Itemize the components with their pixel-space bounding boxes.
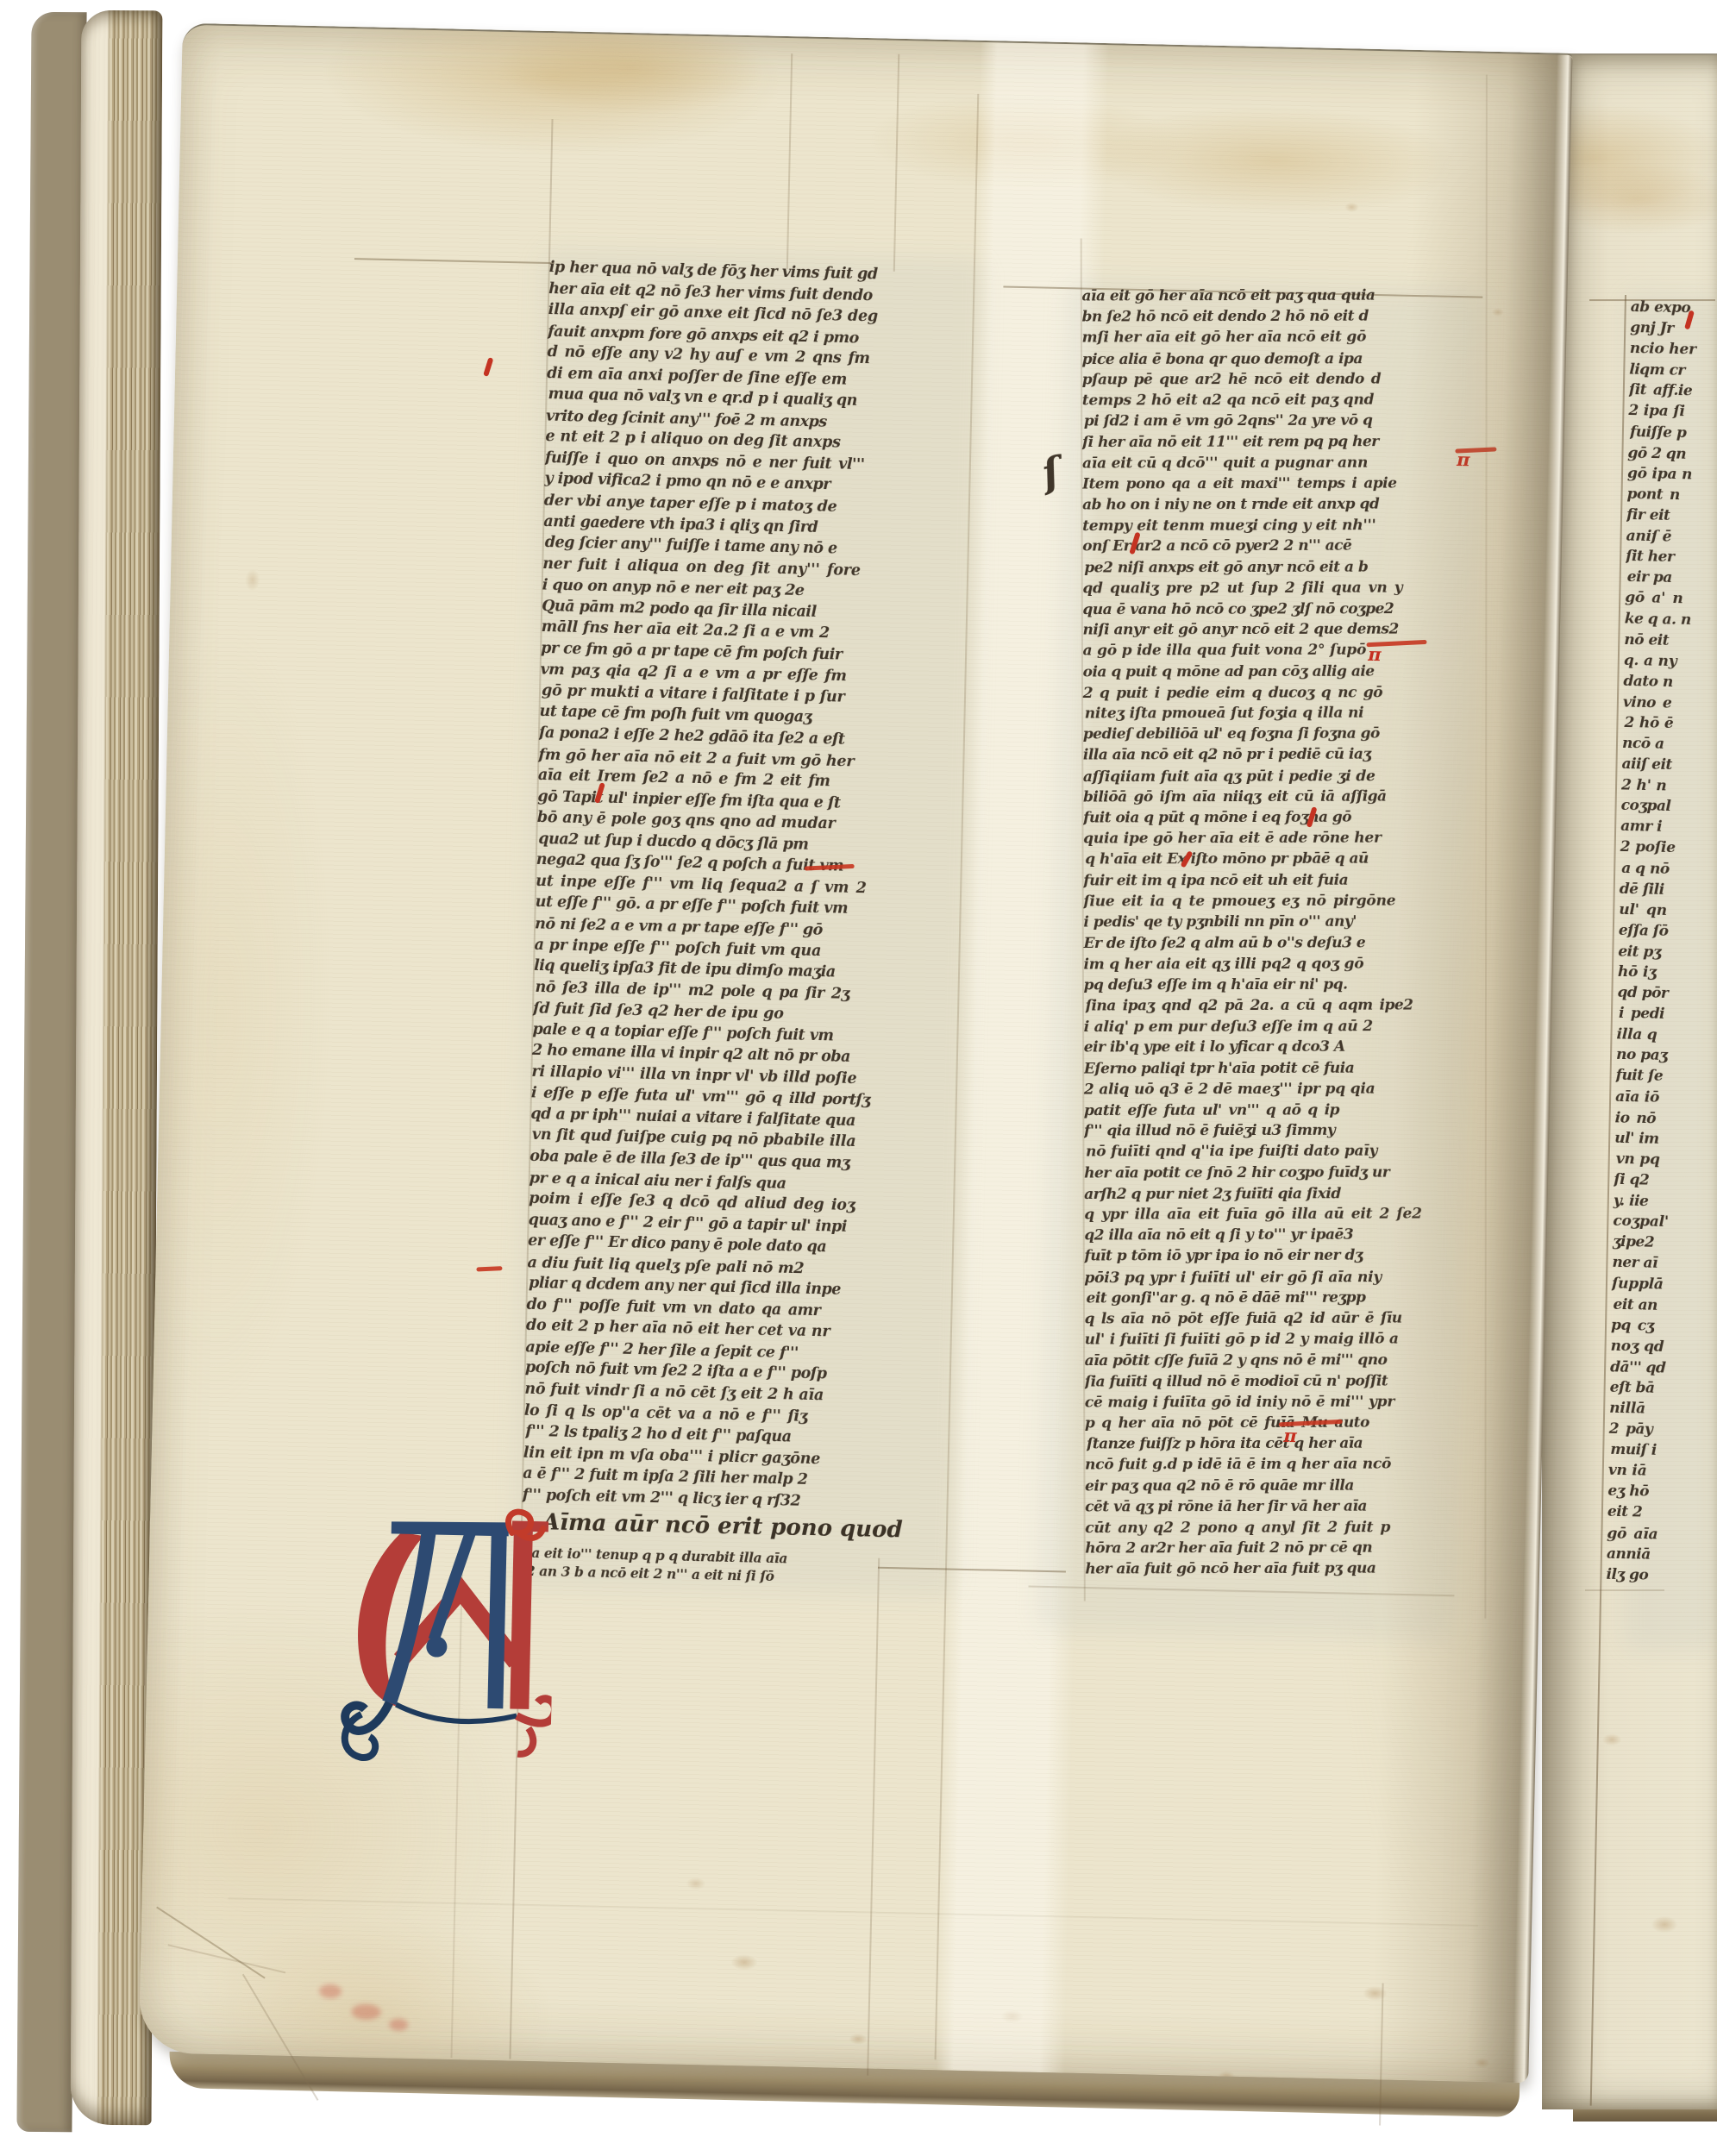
text-line: gō aīa <box>1607 1523 1694 1545</box>
text-line: q. a ny <box>1624 650 1710 673</box>
text-line: ke q a. n <box>1624 609 1711 631</box>
text-line: pq cʒ <box>1611 1314 1697 1337</box>
text-line: coʒpal <box>1620 795 1707 818</box>
text-line: eit an <box>1613 1294 1699 1316</box>
text-line: anniā <box>1607 1543 1693 1565</box>
text-line: 2 ipa ſi <box>1628 400 1714 423</box>
text-line: nō eit <box>1624 629 1710 651</box>
text-line: ʒipe2 <box>1613 1232 1699 1254</box>
text-line: y. iie <box>1613 1190 1700 1213</box>
text-line: vn pq <box>1616 1149 1702 1171</box>
text-line: a q nō <box>1621 857 1708 880</box>
text-line: ncio her <box>1630 338 1716 360</box>
manuscript-page: ip her qua nō valʒ de fōʒ her vims fuit … <box>139 23 1573 2084</box>
text-line: hō iʒ <box>1618 962 1704 984</box>
text-line: eit pʒ <box>1618 941 1705 963</box>
text-line: ſi q2 <box>1614 1169 1700 1192</box>
text-line: ſupplā <box>1611 1274 1698 1296</box>
text-line: eir pa <box>1627 567 1714 589</box>
text-line: dē ſili <box>1620 879 1706 901</box>
text-line: ſit her <box>1626 546 1712 568</box>
text-line: ul' im <box>1614 1128 1701 1150</box>
text-line: ſit aff.ie <box>1629 379 1715 402</box>
text-line: ab expo <box>1631 297 1717 319</box>
text-line: 2 pāy <box>1609 1419 1695 1441</box>
text-line: eit 2 <box>1607 1501 1694 1524</box>
text-line: gō ipa n <box>1627 463 1714 486</box>
text-line: coʒpal' <box>1613 1211 1699 1233</box>
text-line: ncō a <box>1622 733 1708 755</box>
text-line: gō a' n <box>1625 587 1711 610</box>
text-line: nillā <box>1609 1398 1695 1420</box>
text-line: eʒ hō <box>1607 1481 1694 1503</box>
text-line: aniſ ē <box>1626 525 1713 548</box>
text-line: illa q <box>1616 1025 1703 1047</box>
text-line: fir eit <box>1626 505 1713 527</box>
text-line: gnj Jr <box>1630 317 1716 340</box>
text-line: qd pōr <box>1617 982 1703 1005</box>
text-line: gō 2 qn <box>1627 442 1714 465</box>
text-line: eſſa ſō <box>1619 920 1705 943</box>
text-line: 2 hō ē <box>1624 712 1710 735</box>
text-line: vino e <box>1622 692 1709 714</box>
text-line: eſt bā <box>1609 1377 1695 1400</box>
next-page-sliver: ab expognj Jrncio herliqm crſit aff.ie2 … <box>1542 53 1717 2109</box>
text-line: pont n <box>1626 484 1713 506</box>
text-line: io nō <box>1614 1107 1701 1130</box>
text-line: aiiſ eit <box>1621 754 1708 776</box>
text-line: aīa iō <box>1615 1086 1701 1108</box>
text-line: 2 poſie <box>1620 837 1707 859</box>
text-line: ilʒ go <box>1606 1564 1692 1586</box>
ruling-line <box>1585 1589 1664 1591</box>
text-line: i pedi <box>1619 1003 1705 1025</box>
text-line: fuit ſe <box>1615 1065 1701 1087</box>
text-line: dā''' qd <box>1610 1357 1697 1379</box>
text-line: 2 h' n <box>1621 774 1708 797</box>
gutter-fold-shading <box>139 25 1573 2084</box>
text-line: ul' qn <box>1619 899 1705 922</box>
text-line: ner aī <box>1612 1252 1698 1275</box>
text-line: muiſ i <box>1610 1439 1696 1462</box>
text-line: liqm cr <box>1629 360 1716 382</box>
text-line: noʒ qd <box>1610 1335 1696 1357</box>
manuscript-photo: { "document": { "kind_label": "Medieval … <box>0 0 1717 2156</box>
text-line: amr i <box>1620 816 1707 838</box>
text-line: vn iā <box>1608 1460 1695 1482</box>
text-line: fuiſſe p <box>1630 422 1716 444</box>
text-line: dato n <box>1623 671 1709 693</box>
text-line: no paʒ <box>1616 1044 1702 1067</box>
